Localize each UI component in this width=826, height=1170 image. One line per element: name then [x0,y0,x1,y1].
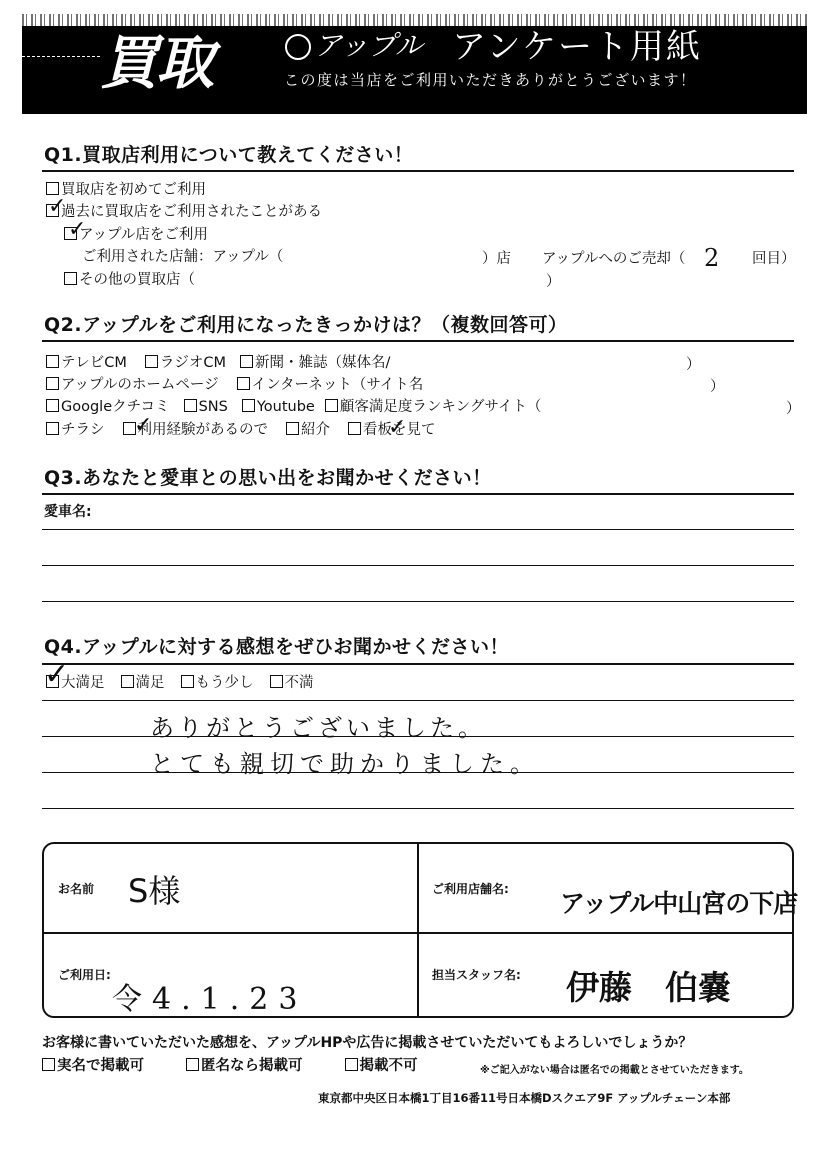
q4-comment-line[interactable] [42,700,794,701]
q4-rating-satisfied[interactable]: 満足 [121,675,165,691]
q4-rating-dissatisfied[interactable]: 不満 [270,675,314,691]
q2-option-homepage[interactable]: アップルのホームページ [46,377,219,393]
check-mark-icon: ✓ [68,219,86,241]
option-label: SNS [199,399,228,415]
checkbox[interactable] [181,675,194,688]
q2-rule [42,340,794,342]
check-mark-icon: ✓ [388,417,406,439]
q4-comment-2[interactable]: とても親切で助かりました。 [150,744,540,779]
option-label: Youtube [257,399,315,415]
consent-note: ※ご記入がない場合は匿名での掲載とさせていただきます。 [480,1061,749,1076]
option-label: 顧客満足度ランキングサイト（ [340,399,542,415]
header-banner: 買取 アップル アンケート用紙 この度は当店をご利用いただきありがとうございます… [22,26,807,114]
info-divider-vertical [417,844,419,1016]
staff-label: 担当スタッフ名: [432,966,521,983]
q4-ratings: 大満足満足もう少し不満 [46,673,314,694]
q2-row-2: アップルのホームページインターネット（サイト名 [46,375,423,396]
checkbox[interactable] [325,399,338,412]
q3-title: Q3.あなたと愛車との思い出をお聞かせください！ [44,465,492,491]
date-label: ご利用日: [58,966,111,983]
check-mark-icon: ✓ [48,196,66,218]
checkbox[interactable] [46,355,59,368]
checkbox[interactable] [64,272,77,285]
q1-other-store-close: ） [546,272,561,293]
checkbox[interactable] [237,377,250,390]
q4-rule [42,663,794,665]
option-label: 満足 [136,675,165,691]
q3-car-name-line[interactable] [42,529,794,530]
consent-option-no-publish[interactable]: 掲載不可 [345,1058,418,1074]
q2-title: Q2.アップルをご利用になったきっかけは？（複数回答可） [44,312,568,338]
checkbox[interactable] [46,377,59,390]
consent-options: 実名で掲載可匿名なら掲載可掲載不可 [42,1056,418,1077]
q4-rating-somewhat[interactable]: もう少し [181,675,254,691]
q4-comment-line[interactable] [42,772,794,773]
checkbox[interactable] [46,422,59,435]
option-label: チラシ [61,422,105,438]
option-label: Googleクチコミ [61,399,170,415]
option-label: 実名で掲載可 [57,1058,144,1074]
form-title: アンケート用紙 [452,26,702,68]
q3-rule [42,493,794,495]
q1-title: Q1.買取店利用について教えてください！ [44,142,413,168]
checkbox[interactable] [242,399,255,412]
header-rule [22,56,100,57]
checkbox[interactable] [345,1058,358,1071]
q2-option-newspaper[interactable]: 新聞・雑誌（媒体名/ [240,355,390,371]
q2-newspaper-close: ） [686,355,701,376]
consent-option-real-name[interactable]: 実名で掲載可 [42,1058,144,1074]
option-label: 過去に買取店をご利用されたことがある [61,204,322,220]
check-mark-icon: ✓ [134,415,152,437]
checkbox[interactable] [240,355,253,368]
name-value[interactable]: S様 [128,866,180,912]
option-label: 新聞・雑誌（媒体名/ [255,355,390,371]
q2-option-internet[interactable]: インターネット（サイト名 [237,377,424,393]
q2-option-sns[interactable]: SNS [184,399,228,415]
store-value[interactable]: アップル中山宮の下店 [560,884,797,920]
q1-other-store[interactable]: その他の買取店（ [64,270,195,291]
q1-option-first-time[interactable]: 買取店を初めてご利用 [46,180,206,201]
q2-option-referral[interactable]: 紹介 [286,422,330,438]
q3-memory-line[interactable] [42,565,794,566]
q2-option-youtube[interactable]: Youtube [242,399,315,415]
option-label: 不満 [285,675,314,691]
staff-value[interactable]: 伊藤 伯嚢 [566,962,731,1009]
q2-internet-close: ） [710,377,725,398]
option-label: もう少し [196,675,254,691]
q2-option-ranking-site[interactable]: 顧客満足度ランキングサイト（ [325,399,542,415]
q2-option-radio-cm[interactable]: ラジオCM [145,355,226,371]
q2-option-tv-cm[interactable]: テレビCM [46,355,127,371]
q1-sales-count-suffix: 回目） [752,249,796,270]
q1-store-used-suffix: ）店 [482,249,511,270]
q2-ranking-close: ） [786,399,801,420]
checkbox[interactable] [286,422,299,435]
q1-store-used-label: ご利用された店舗：アップル（ [82,247,283,268]
option-label: ラジオCM [160,355,226,371]
option-label: 匿名なら掲載可 [201,1058,303,1074]
checkbox-checked[interactable] [348,422,361,435]
store-label: ご利用店舗名: [432,880,509,897]
q3-car-name-label: 愛車名: [44,502,92,523]
date-value[interactable]: 令4.1.23 [112,974,307,1018]
checkbox[interactable] [270,675,283,688]
q4-comment-1[interactable]: ありがとうございました。 [150,708,486,743]
checkbox[interactable] [42,1058,55,1071]
checkbox[interactable] [145,355,158,368]
q1-option-used-before[interactable]: 過去に買取店をご利用されたことがある [46,202,322,223]
header-noise-band [22,14,807,26]
option-label: アップルのホームページ [61,377,219,393]
consent-question: お客様に書いていただいた感想を、アップルHPや広告に掲載させていただいてもよろし… [42,1032,692,1052]
name-label: お名前 [58,880,94,897]
q1-sales-count-value[interactable]: 2 [704,244,719,272]
info-divider-horizontal [44,932,792,934]
option-label: インターネット（サイト名 [252,377,424,393]
option-label: 掲載不可 [360,1058,418,1074]
q1-rule [42,170,794,172]
checkbox[interactable] [186,1058,199,1071]
option-label: テレビCM [61,355,127,371]
q2-row-3: GoogleクチコミSNSYoutube顧客満足度ランキングサイト（ [46,397,541,418]
footer-address: 東京都中央区日本橋1丁目16番11号日本橋Dスクエア9F アップルチェーン本部 [318,1090,730,1106]
kaitori-logo: 買取 [100,28,212,98]
option-label: 買取店を初めてご利用 [61,182,206,198]
q2-row-1: テレビCMラジオCM新聞・雑誌（媒体名/ [46,353,390,374]
header-subtitle: この度は当店をご利用いただきありがとうございます！ [284,70,697,90]
checkbox[interactable] [46,399,59,412]
q4-comment-line[interactable] [42,808,794,809]
brand-name: アップル [314,28,423,64]
q4-title: Q4.アップルに対する感想をぜひお聞かせください！ [44,634,509,660]
checkbox[interactable] [184,399,197,412]
q4-comment-line[interactable] [42,736,794,737]
q2-option-flyer[interactable]: チラシ [46,422,105,438]
check-mark-icon: ✓ [44,664,69,686]
q1-sales-count-label: アップルへのご売却（ [542,249,685,270]
consent-option-anonymous[interactable]: 匿名なら掲載可 [186,1058,303,1074]
apple-logo-icon [285,34,311,60]
option-label: その他の買取店（ [79,272,195,288]
checkbox[interactable] [121,675,134,688]
option-label: アップル店をご利用 [79,227,208,243]
q3-memory-line[interactable] [42,601,794,602]
q2-row-4: チラシ利用経験があるので紹介看板を見て [46,420,436,441]
option-label: 利用経験があるので [138,422,269,438]
option-label: 紹介 [301,422,330,438]
